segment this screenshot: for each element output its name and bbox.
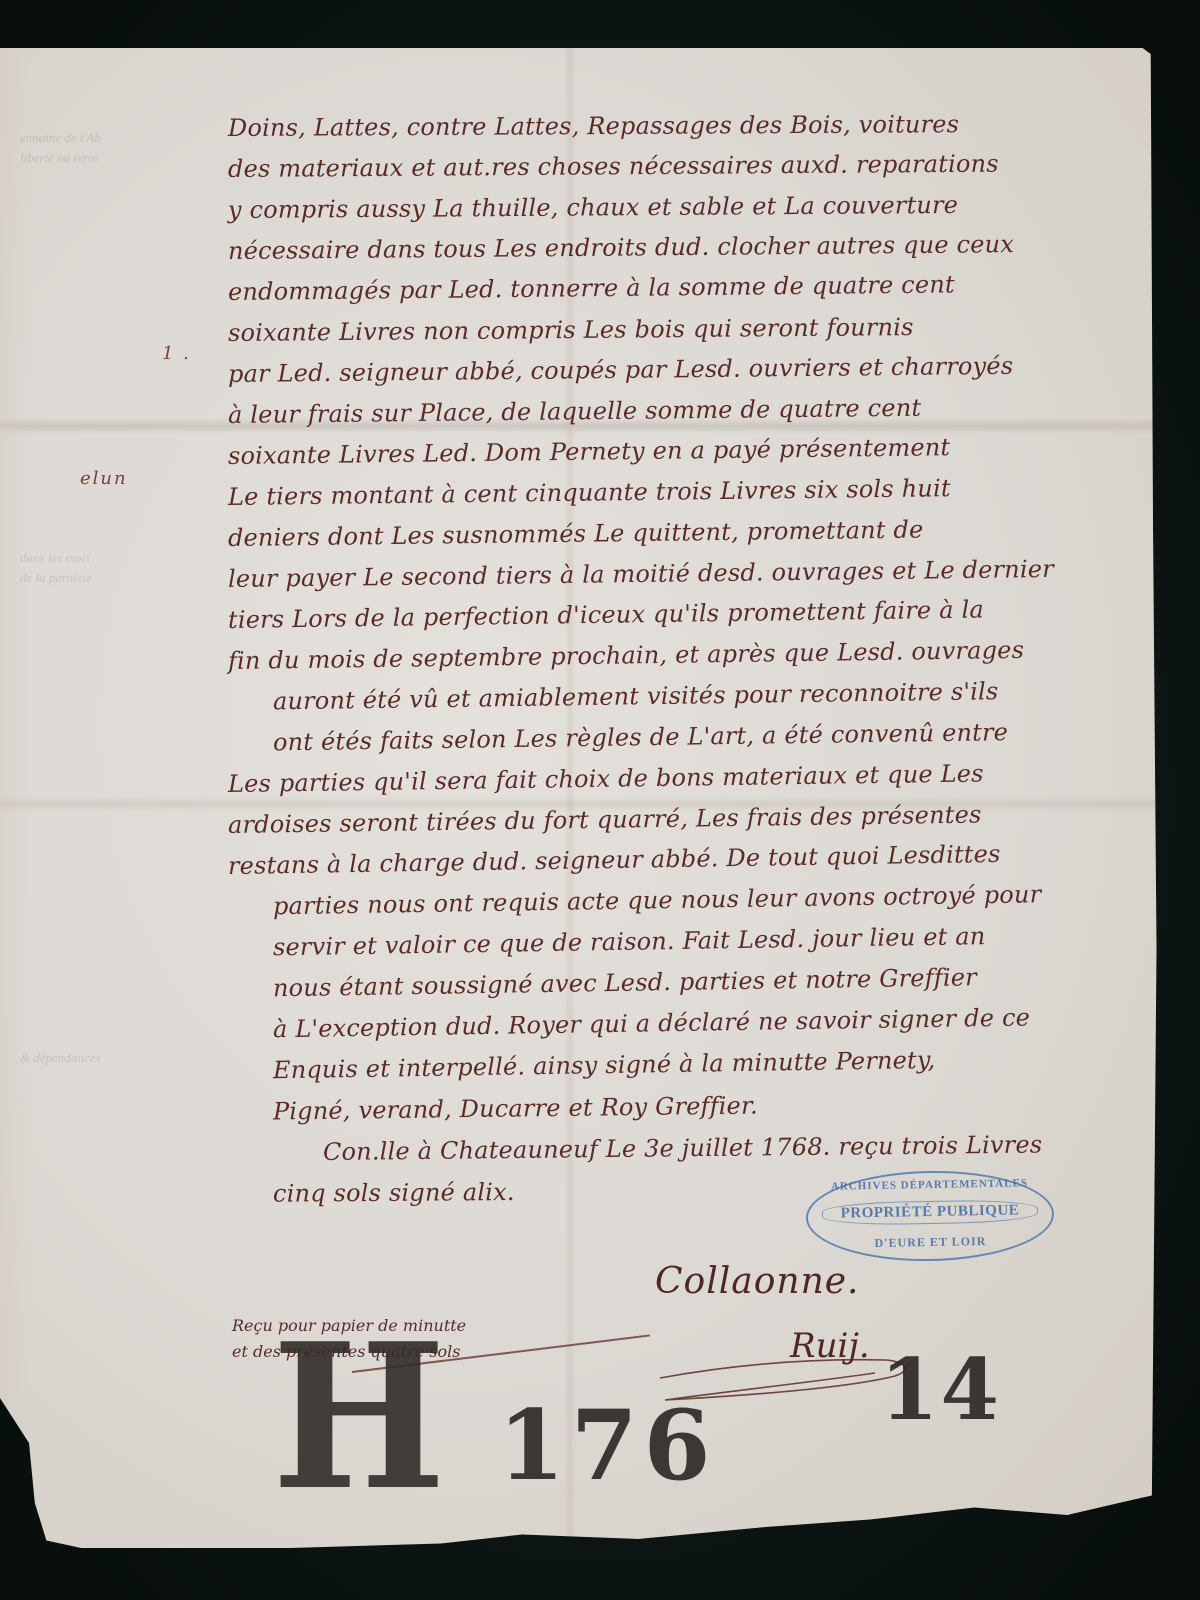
document-sheet: ennoine de l'Ab liberté ou terre dans le… (0, 48, 1160, 1548)
ghost-line: ennoine de l'Ab (20, 128, 210, 148)
ghost-line: de la paroisse (20, 568, 210, 588)
archive-item-number: 14 (880, 1348, 1001, 1432)
stamp-bottom-text: D'EURE ET LOIR (808, 1233, 1052, 1252)
archive-box-number: 176 (498, 1398, 716, 1494)
stamp-middle-text: PROPRIÉTÉ PUBLIQUE (822, 1199, 1038, 1226)
ghost-text-bleed: ennoine de l'Ab liberté ou terre (20, 128, 210, 168)
ghost-line: dans les mois (20, 548, 210, 568)
ghost-line: liberté ou terre (20, 148, 210, 168)
manuscript-line: Doins, Lattes, contre Lattes, Repassages… (228, 103, 1148, 149)
manuscript-line: des materiaux et aut.res choses nécessai… (228, 143, 1148, 190)
signature-collaonne: Collaonne. (655, 1261, 860, 1302)
margin-mark: 1 . (162, 343, 191, 364)
ghost-text-bleed: dans les mois de la paroisse (20, 548, 210, 588)
archive-series-letter: H (272, 1318, 442, 1518)
ghost-text-bleed: & dépendances (20, 1048, 210, 1068)
ghost-line: & dépendances (20, 1048, 210, 1068)
manuscript-body: Doins, Lattes, contre Lattes, Repassages… (228, 108, 1148, 1215)
archive-stamp: ARCHIVES DÉPARTEMENTALES PROPRIÉTÉ PUBLI… (805, 1169, 1055, 1263)
margin-mark: elun (80, 468, 128, 489)
manuscript-line: Con.lle à Chateauneuf Le 3e juillet 1768… (228, 1123, 1148, 1174)
